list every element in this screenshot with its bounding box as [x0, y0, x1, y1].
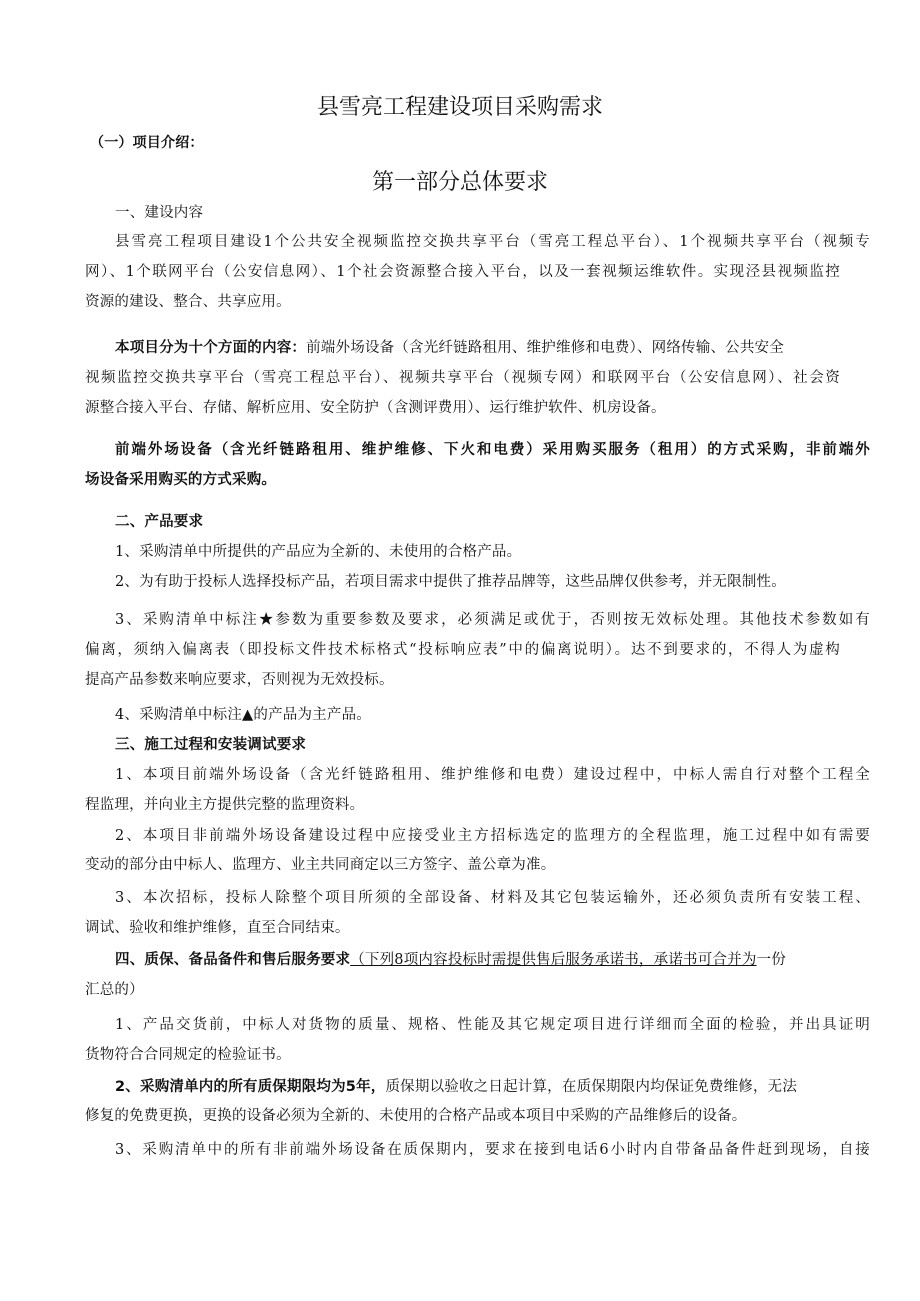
s1-p2-line2: 视频监控交换共享平台（雪亮工程总平台）、视频共享平台（视频专网）和联网平台（公安… — [85, 363, 840, 393]
part-title: 第一部分总体要求 — [0, 165, 920, 196]
s1-p3-line2: 场设备采用购买的方式采购。 — [85, 465, 840, 495]
s3-item2-line1: 2、本项目非前端外场设备建设过程中应接受业主方招标选定的监理方的全程监理，施工过… — [85, 821, 870, 851]
s4-heading-note-rest: 一份 — [757, 952, 786, 968]
s3-item3-line2: 调试、验收和维护维修，直至合同结束。 — [85, 913, 840, 943]
s4-heading: 四、质保、备品备件和售后服务要求 — [115, 952, 350, 968]
s2-item4: 4、采购清单中标注▲的产品为主产品。 — [85, 700, 870, 730]
s2-heading: 二、产品要求 — [85, 507, 870, 537]
s2-item3-line3: 提高产品参数来响应要求，否则视为无效投标。 — [85, 665, 840, 695]
s3-item1-line2: 程监理，并向业主方提供完整的监理资料。 — [85, 790, 840, 820]
s2-item1: 1、采购清单中所提供的产品应为全新的、未使用的合格产品。 — [85, 537, 870, 567]
s4-item1-line1: 1、产品交货前，中标人对货物的质量、规格、性能及其它规定项目进行详细而全面的检验… — [85, 1010, 870, 1040]
s4-item2-line2: 修复的免费更换，更换的设备必须为全新的、未使用的合格产品或本项目中采购的产品维修… — [85, 1101, 840, 1131]
s1-p2-line1: 本项目分为十个方面的内容：前端外场设备（含光纤链路租用、维护维修和电费）、网络传… — [85, 333, 870, 363]
s4-heading-line2: 汇总的） — [85, 975, 840, 1005]
s4-item2-bold: 2、采购清单内的所有质保期限均为5年， — [115, 1079, 385, 1095]
s4-heading-line1: 四、质保、备品备件和售后服务要求（下列8项内容投标时需提供售后服务承诺书，承诺书… — [85, 945, 870, 975]
s3-item3-line1: 3、本次招标，投标人除整个项目所须的全部设备、材料及其它包装运输外，还必须负责所… — [85, 883, 870, 913]
s2-item3-line1: 3、采购清单中标注★参数为重要参数及要求，必须满足或优于，否则按无效标处理。其他… — [85, 605, 870, 635]
s2-item2: 2、为有助于投标人选择投标产品，若项目需求中提供了推荐品牌等，这些品牌仅供参考，… — [85, 567, 870, 597]
s1-p2-line1-text: 前端外场设备（含光纤链路租用、维护维修和电费）、网络传输、公共安全 — [306, 340, 784, 356]
s4-item2-line1-text: 质保期以验收之日起计算，在质保期限内均保证免费维修，无法 — [385, 1079, 797, 1095]
s1-p2-line3: 源整合接入平台、存储、解析应用、安全防护（含测评费用）、运行维护软件、机房设备。 — [85, 393, 840, 423]
s4-heading-note: （下列8项内容投标时需提供售后服务承诺书，承诺书可合并为 — [350, 952, 756, 968]
s1-p1-line1: 县雪亮工程项目建设1个公共安全视频监控交换共享平台（雪亮工程总平台）、1个视频共… — [85, 227, 870, 257]
s1-p3-line1: 前端外场设备（含光纤链路租用、维护维修、下火和电费）采用购买服务（租用）的方式采… — [85, 435, 870, 465]
s4-item2-line1: 2、采购清单内的所有质保期限均为5年，质保期以验收之日起计算，在质保期限内均保证… — [85, 1072, 870, 1102]
document-page: 县雪亮工程建设项目采购需求 （一）项目介绍： 第一部分总体要求 一、建设内容 县… — [0, 0, 920, 1301]
document-title: 县雪亮工程建设项目采购需求 — [0, 90, 920, 121]
s3-item1-line1: 1、本项目前端外场设备（含光纤链路租用、维护维修和电费）建设过程中，中标人需自行… — [85, 760, 870, 790]
s2-item3-line2: 偏离，须纳入偏离表（即投标文件技术标格式“投标响应表”中的偏离说明）。达不到要求… — [85, 635, 840, 665]
section-intro-heading: （一）项目介绍： — [90, 128, 845, 158]
s1-p1-line3: 资源的建设、整合、共享应用。 — [85, 287, 840, 317]
s1-p1-line2: 网）、1个联网平台（公安信息网）、1个社会资源整合接入平台，以及一套视频运维软件… — [85, 257, 840, 287]
s1-p2-bold: 本项目分为十个方面的内容： — [115, 340, 306, 356]
s3-item2-line2: 变动的部分由中标人、监理方、业主共同商定以三方签字、盖公章为准。 — [85, 850, 840, 880]
s4-item1-line2: 货物符合合同规定的检验证书。 — [85, 1040, 840, 1070]
s4-item3-line1: 3、采购清单中的所有非前端外场设备在质保期内，要求在接到电话6小时内自带备品备件… — [85, 1135, 870, 1165]
s1-heading: 一、建设内容 — [85, 198, 870, 228]
s3-heading: 三、施工过程和安装调试要求 — [85, 730, 870, 760]
